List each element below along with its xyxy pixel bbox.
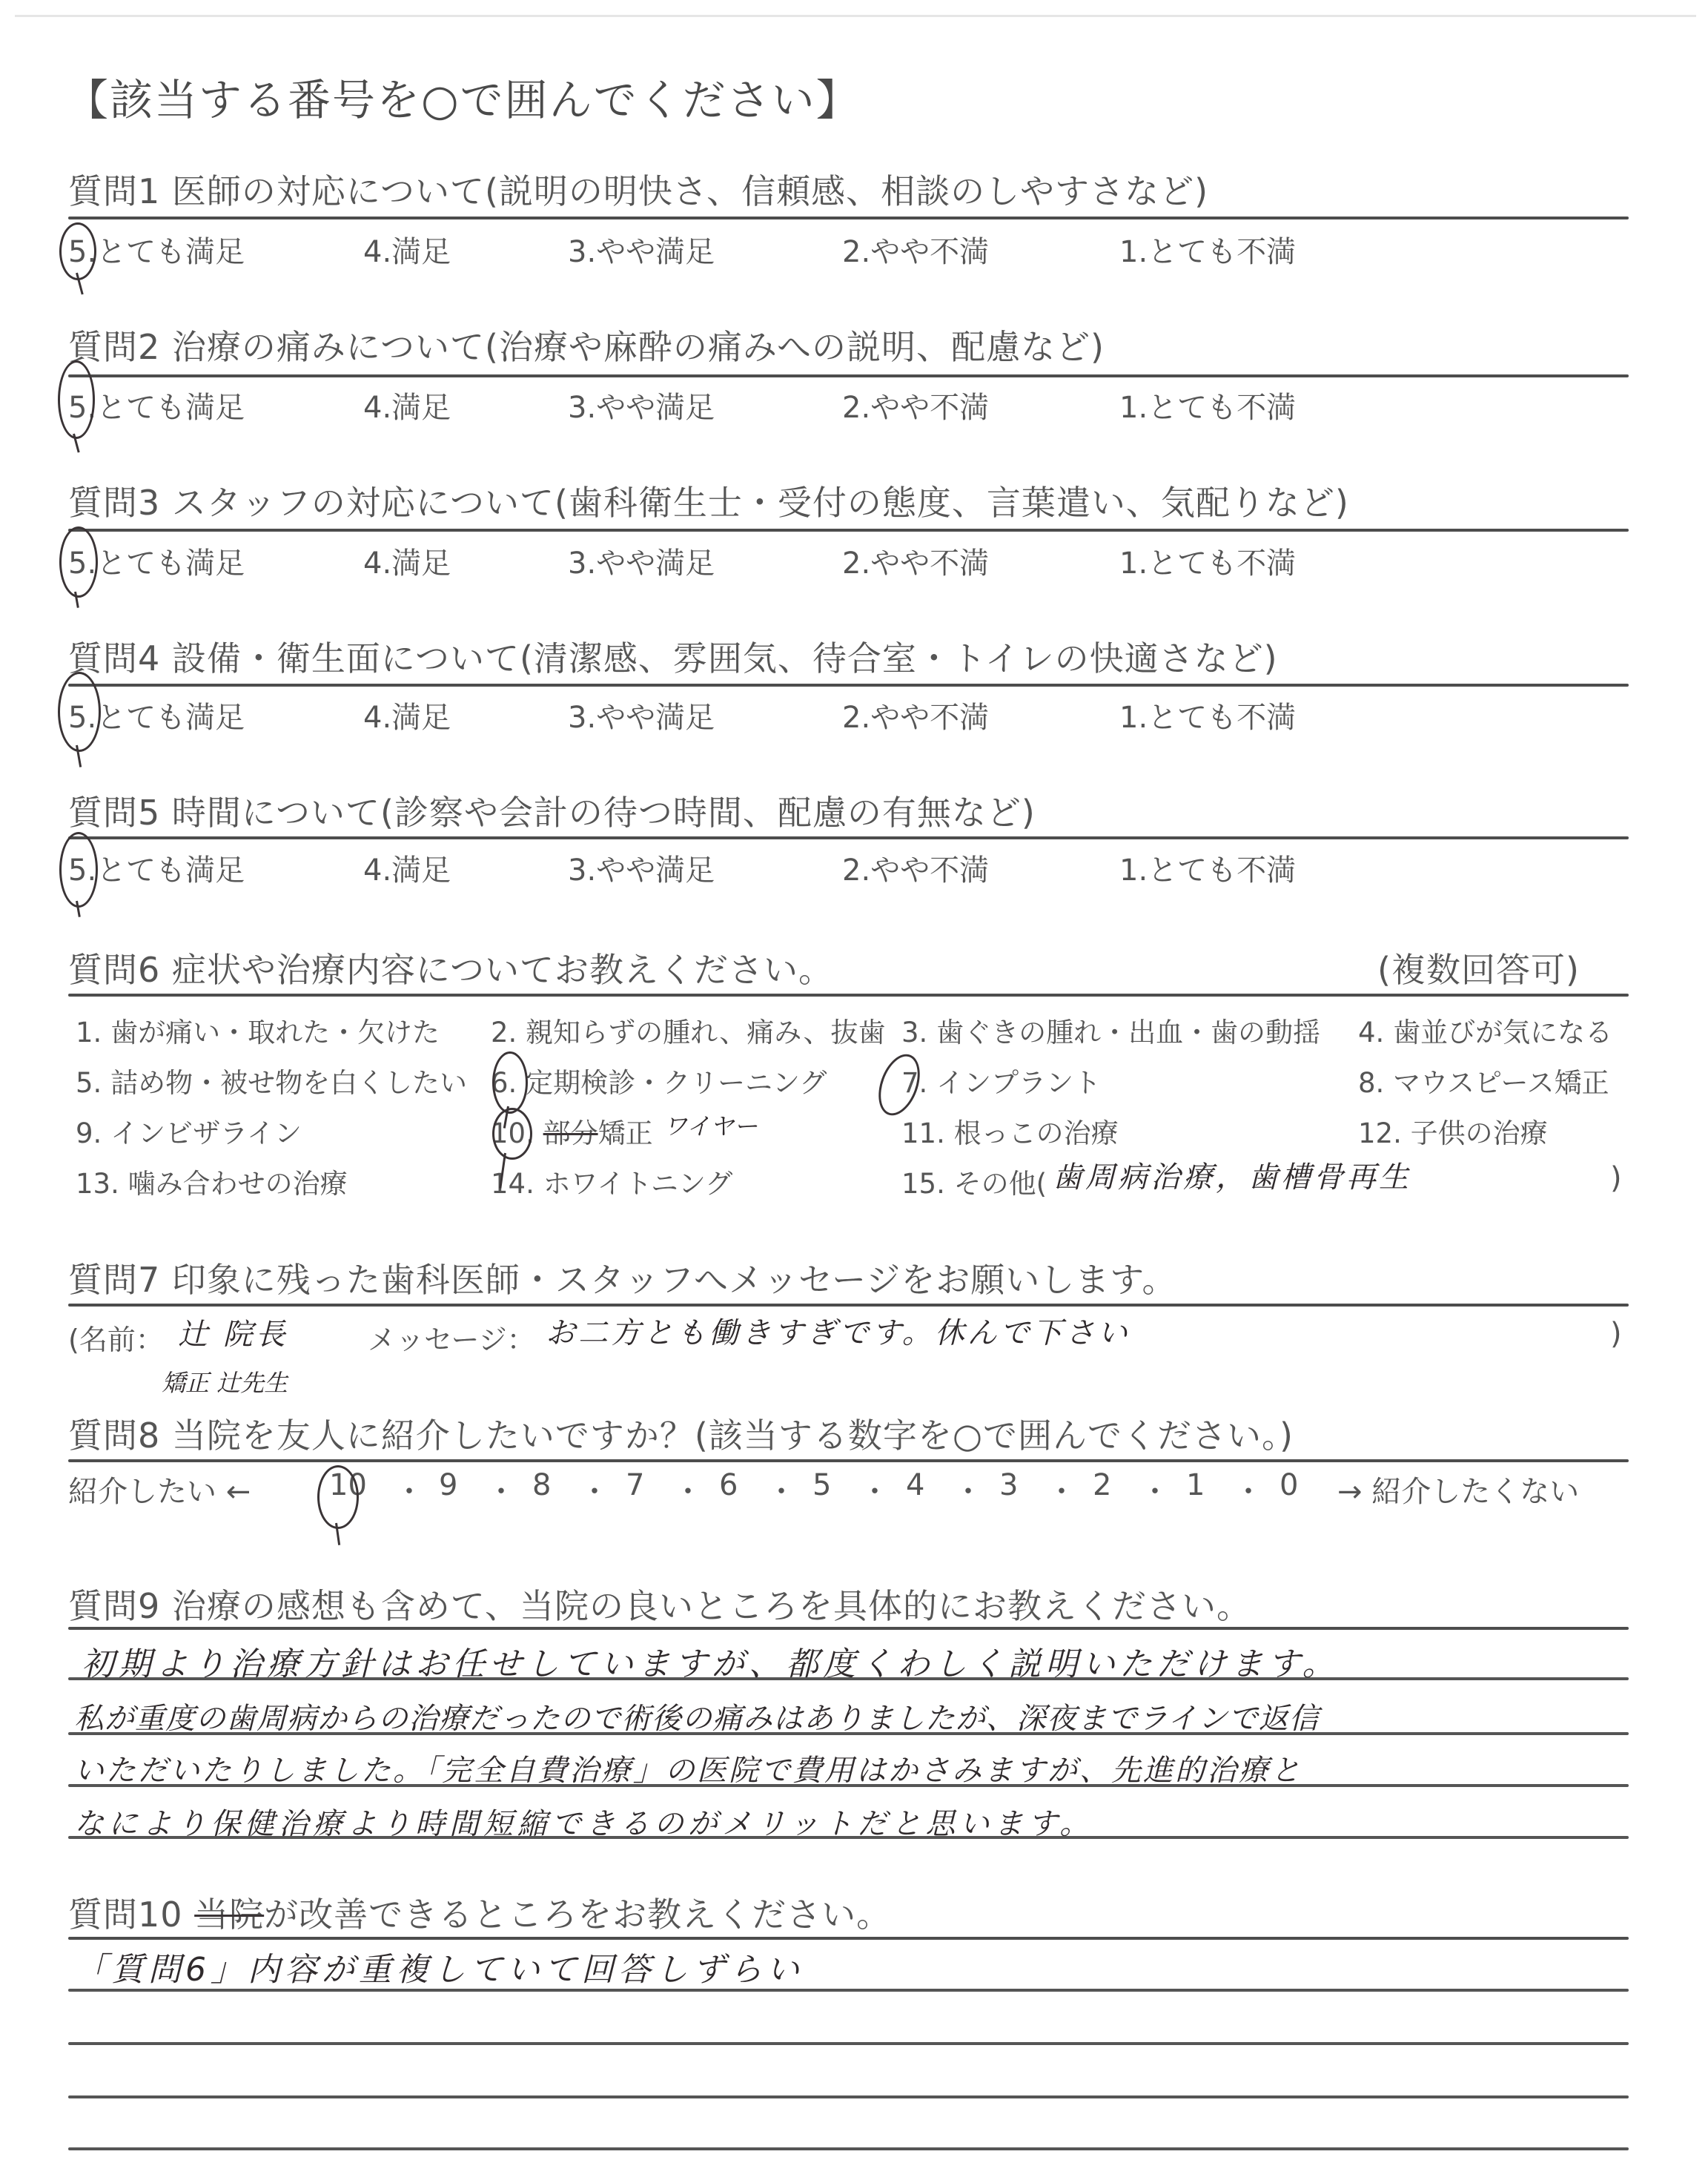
- option-9[interactable]: 9. インビザライン: [76, 1111, 302, 1151]
- option-4[interactable]: 4.満足: [363, 384, 451, 426]
- scale-2[interactable]: 2: [1093, 1468, 1111, 1502]
- answer-rule: [68, 1836, 1629, 1839]
- option-8[interactable]: 8. マウスピース矯正: [1358, 1060, 1609, 1100]
- scale-9[interactable]: 9: [439, 1468, 457, 1502]
- option-3[interactable]: 3.やや満足: [568, 847, 715, 889]
- option-3[interactable]: 3.やや満足: [568, 384, 715, 426]
- divider: [68, 374, 1629, 377]
- option-5[interactable]: 5. 詰め物・被せ物を白くしたい: [76, 1060, 467, 1100]
- answer-rule: [68, 1784, 1629, 1787]
- divider: [68, 684, 1629, 687]
- scale-5[interactable]: 5: [812, 1468, 831, 1502]
- option-15[interactable]: 15. その他(: [901, 1161, 1047, 1201]
- circle-tail: [74, 592, 79, 608]
- name-field-2[interactable]: 矯正 辻先生: [162, 1364, 288, 1398]
- circle-tail: [76, 745, 82, 767]
- question-5-label: 質問5 時間について(診察や会計の待つ時間、配慮の有無など): [68, 786, 1036, 835]
- option-10-label: 矯正: [598, 1117, 653, 1149]
- option-3[interactable]: 3. 歯ぐきの腫れ・出血・歯の動揺: [901, 1010, 1320, 1050]
- option-12[interactable]: 12. 子供の治療: [1358, 1111, 1548, 1151]
- option-1[interactable]: 1.とても不満: [1119, 384, 1296, 426]
- separator: ・: [953, 1468, 983, 1510]
- option-5[interactable]: 5.とても満足: [68, 540, 245, 582]
- scale-4[interactable]: 4: [906, 1468, 924, 1502]
- scale-6[interactable]: 6: [719, 1468, 738, 1502]
- option-11[interactable]: 11. 根っこの治療: [901, 1111, 1119, 1151]
- question-7-label: 質問7 印象に残った歯科医師・スタッフへメッセージをお願いします。: [68, 1253, 1177, 1302]
- scan-top-edge: [15, 15, 1696, 17]
- option-4[interactable]: 4.満足: [363, 847, 451, 889]
- option-4[interactable]: 4.満足: [363, 540, 451, 582]
- option-13[interactable]: 13. 噛み合わせの治療: [76, 1161, 348, 1201]
- option-10-number: 10.: [491, 1117, 534, 1149]
- answer-rule: [68, 1732, 1629, 1735]
- option-3[interactable]: 3.やや満足: [568, 540, 715, 582]
- question-8-label: 質問8 当院を友人に紹介したいですか？(該当する数字を○で囲んでください。): [68, 1409, 1294, 1458]
- message-close-paren: ): [1610, 1317, 1622, 1351]
- recommend-left-label: 紹介したい ←: [68, 1468, 251, 1510]
- handwritten-wire: ワイヤー: [663, 1108, 758, 1142]
- circle-tail: [73, 434, 80, 453]
- struck-text: 当院: [194, 1895, 264, 1935]
- question-4-label: 質問4 設備・衛生面について(清潔感、雰囲気、待合室・トイレの快適さなど): [68, 632, 1278, 681]
- answer-rule-blank[interactable]: [68, 2042, 1629, 2045]
- divider: [68, 994, 1629, 997]
- recommend-right-label: → 紹介したくない: [1337, 1468, 1579, 1510]
- option-5[interactable]: 5.とても満足: [68, 384, 245, 426]
- name-label: (名前：: [68, 1317, 164, 1358]
- separator: ・: [486, 1468, 516, 1510]
- answer-line-2[interactable]: 私が重度の歯周病からの治療だったので術後の痛みはありましたが、深夜までラインで返…: [74, 1695, 1320, 1737]
- recommend-scale: 紹介したい ← 10 ・ 9 ・ 8 ・ 7 ・ 6 ・ 5 ・ 4 ・ 3 ・…: [68, 1468, 1629, 1513]
- separator: ・: [767, 1468, 796, 1510]
- option-6[interactable]: 6. 定期検診・クリーニング: [491, 1060, 827, 1100]
- divider: [68, 529, 1629, 532]
- question-2-label: 質問2 治療の痛みについて(治療や麻酔の痛みへの説明、配慮など): [68, 320, 1105, 369]
- message-field[interactable]: お二方とも働きすぎです。休んで下さい: [546, 1309, 1131, 1352]
- scale-3[interactable]: 3: [999, 1468, 1018, 1502]
- divider: [68, 1627, 1629, 1630]
- question-10-text: が改善できるところをお教えください。: [264, 1895, 891, 1935]
- answer-rule: [68, 1677, 1629, 1680]
- divider: [68, 217, 1629, 219]
- question-6-label: 質問6 症状や治療内容についてお教えください。: [68, 943, 833, 992]
- circle-tail: [76, 273, 84, 295]
- separator: ・: [1140, 1468, 1170, 1510]
- option-4[interactable]: 4.満足: [363, 228, 451, 271]
- option-7[interactable]: 7. インプラント: [901, 1060, 1101, 1100]
- separator: ・: [394, 1468, 424, 1510]
- struck-text: 部分: [543, 1117, 598, 1149]
- scale-0[interactable]: 0: [1280, 1468, 1298, 1502]
- option-14[interactable]: 14. ホワイトニング: [491, 1161, 732, 1201]
- separator: ・: [860, 1468, 890, 1510]
- other-close-paren: ): [1610, 1161, 1622, 1195]
- option-1[interactable]: 1.とても不満: [1119, 847, 1296, 889]
- answer-line-3[interactable]: いただいたりしました。「完全自費治療」の医院で費用はかさみますが、先進的治療と: [74, 1747, 1302, 1789]
- multiple-answers-note: (複数回答可): [1377, 943, 1580, 992]
- option-3[interactable]: 3.やや満足: [568, 694, 715, 736]
- answer-rule-blank[interactable]: [68, 2147, 1629, 2150]
- divider: [68, 1304, 1629, 1307]
- question-10-number: 質問10: [68, 1895, 194, 1935]
- question-3-label: 質問3 スタッフの対応について(歯科衛生士・受付の態度、言葉遣い、気配りなど): [68, 476, 1349, 525]
- option-5[interactable]: 5.とても満足: [68, 228, 245, 271]
- separator: ・: [1047, 1468, 1076, 1510]
- option-3[interactable]: 3.やや満足: [568, 228, 715, 271]
- option-2[interactable]: 2. 親知らずの腫れ、痛み、抜歯: [491, 1010, 886, 1050]
- circle-tail: [335, 1523, 340, 1545]
- question-1-label: 質問1 医師の対応について(説明の明快さ、信頼感、相談のしやすさなど): [68, 165, 1208, 214]
- option-1[interactable]: 1. 歯が痛い・取れた・欠けた: [76, 1010, 440, 1050]
- question-9-label: 質問9 治療の感想も含めて、当院の良いところを具体的にお教えください。: [68, 1579, 1251, 1628]
- option-2[interactable]: 2.やや不満: [842, 384, 989, 426]
- option-10[interactable]: 10. 部分矯正: [491, 1111, 653, 1151]
- scale-10[interactable]: 10: [329, 1468, 367, 1502]
- answer-rule-blank[interactable]: [68, 2095, 1629, 2098]
- option-2[interactable]: 2.やや不満: [842, 694, 989, 736]
- option-1[interactable]: 1.とても不満: [1119, 540, 1296, 582]
- option-5[interactable]: 5.とても満足: [68, 847, 245, 889]
- option-2[interactable]: 2.やや不満: [842, 540, 989, 582]
- name-field[interactable]: 辻 院長: [178, 1311, 288, 1353]
- scale-1[interactable]: 1: [1186, 1468, 1205, 1502]
- separator: ・: [673, 1468, 703, 1510]
- separator: ・: [580, 1468, 609, 1510]
- option-4[interactable]: 4.満足: [363, 694, 451, 736]
- option-2[interactable]: 2.やや不満: [842, 228, 989, 271]
- option-1[interactable]: 1.とても不満: [1119, 228, 1296, 271]
- option-4[interactable]: 4. 歯並びが気になる: [1358, 1010, 1612, 1050]
- scale-7[interactable]: 7: [626, 1468, 644, 1502]
- option-1[interactable]: 1.とても不満: [1119, 694, 1296, 736]
- divider: [68, 1459, 1629, 1462]
- other-handwritten-answer: 歯周病治療，歯槽骨再生: [1053, 1154, 1411, 1196]
- answer-rule: [68, 1989, 1629, 1992]
- divider: [68, 1937, 1629, 1940]
- question-10-label: 質問10 当院が改善できるところをお教えください。: [68, 1888, 891, 1937]
- separator: ・: [1234, 1468, 1263, 1510]
- improvement-answer-line-1[interactable]: 「質問6」内容が重複していて回答しずらい: [74, 1943, 804, 1990]
- option-2[interactable]: 2.やや不満: [842, 847, 989, 889]
- form-title: 【該当する番号を○で囲んでください】: [65, 65, 861, 128]
- circle-tail: [76, 901, 81, 917]
- message-label: メッセージ：: [368, 1317, 535, 1358]
- divider: [68, 836, 1629, 839]
- scale-8[interactable]: 8: [532, 1468, 551, 1502]
- option-5[interactable]: 5.とても満足: [68, 694, 245, 736]
